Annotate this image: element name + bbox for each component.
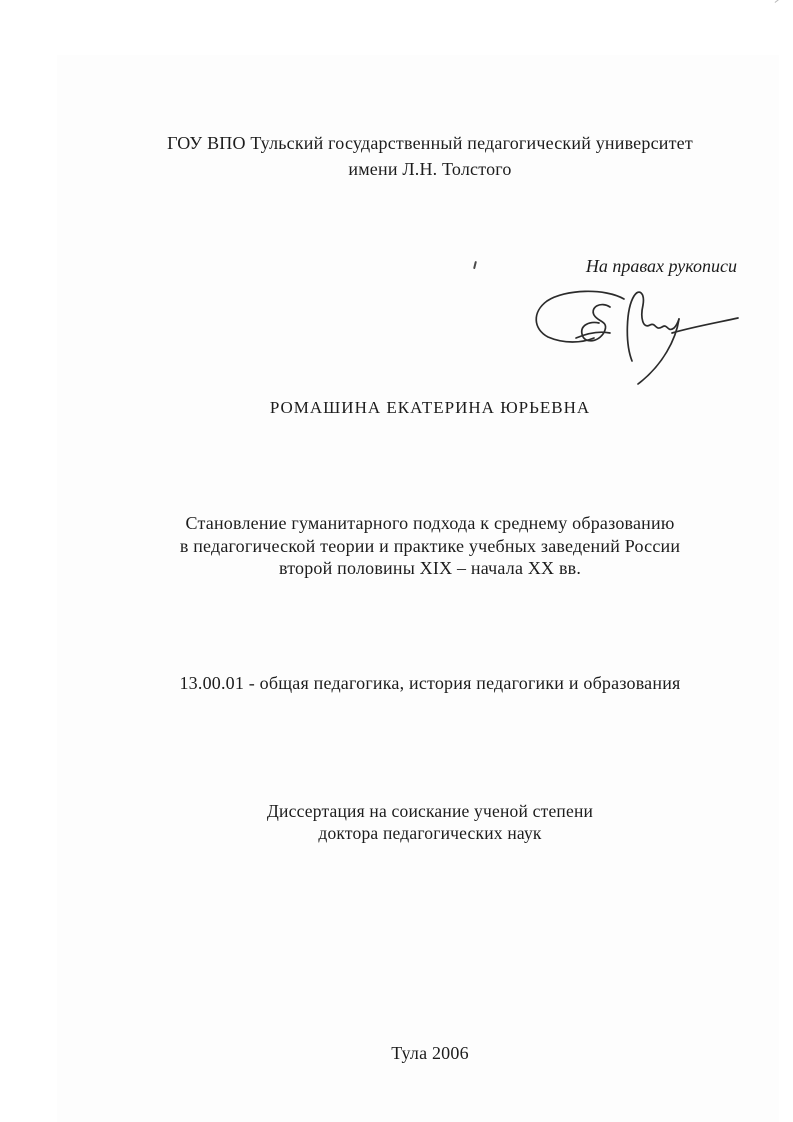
title-line1: Становление гуманитарного подхода к сред…: [70, 512, 790, 535]
institution-line2: имени Л.Н. Толстого: [70, 156, 790, 182]
institution-header: ГОУ ВПО Тульский государственный педагог…: [70, 130, 790, 182]
degree-line2: доктора педагогических наук: [70, 822, 790, 844]
title-line3: второй половины XIX – начала XX вв.: [70, 557, 790, 580]
signature-icon: [520, 281, 740, 391]
degree-statement: Диссертация на соискание ученой степени …: [70, 800, 790, 844]
manuscript-rights-note: На правах рукописи: [0, 256, 737, 277]
title-line2: в педагогической теории и практике учебн…: [70, 535, 790, 558]
city-year: Тула 2006: [70, 1043, 790, 1064]
page-surface: [57, 55, 779, 1122]
author-name: РОМАШИНА ЕКАТЕРИНА ЮРЬЕВНА: [70, 398, 790, 418]
handwritten-signature: [520, 281, 740, 391]
specialty-code: 13.00.01 - общая педагогика, история пед…: [70, 673, 790, 694]
scanned-title-page: ГОУ ВПО Тульский государственный педагог…: [0, 0, 793, 1122]
scan-artifact-corner: [775, 0, 790, 3]
degree-line1: Диссертация на соискание ученой степени: [70, 800, 790, 822]
institution-line1: ГОУ ВПО Тульский государственный педагог…: [70, 130, 790, 156]
dissertation-title: Становление гуманитарного подхода к сред…: [70, 512, 790, 580]
